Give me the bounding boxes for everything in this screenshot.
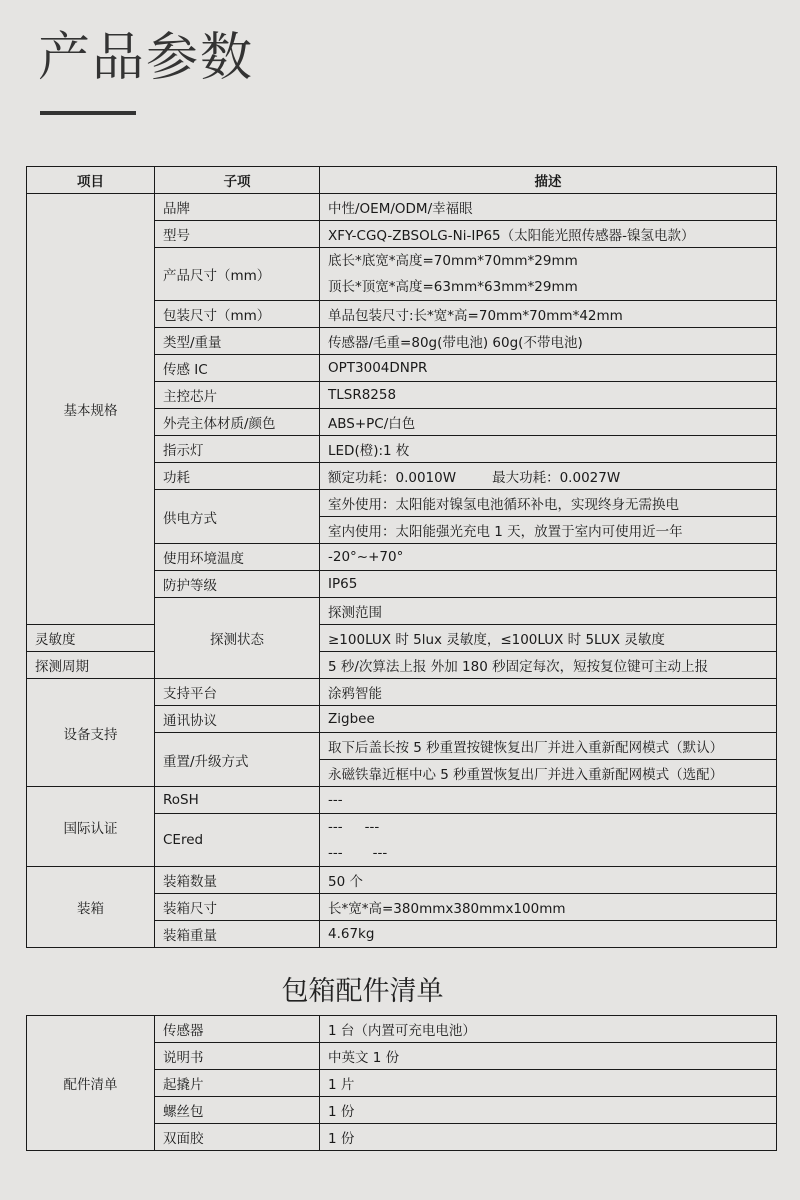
row-item: 品牌 xyxy=(155,194,320,221)
row-desc: 涂鸦智能 xyxy=(320,679,777,706)
group-label-device-support: 设备支持 xyxy=(27,679,155,787)
row-desc: XFY-CGQ-ZBSOLG-Ni-IP65（太阳能光照传感器-镍氢电款） xyxy=(320,221,777,248)
row-desc: 1 份 xyxy=(320,1097,777,1124)
row-desc: 1 片 xyxy=(320,1070,777,1097)
row-desc-line: 底长*底宽*高度=70mm*70mm*29mm xyxy=(328,248,776,274)
spec-table: 项目 子项 描述 基本规格 品牌 中性/OEM/ODM/幸福眼 型号 XFY-C… xyxy=(26,166,777,948)
row-desc: OPT3004DNPR xyxy=(320,355,777,382)
row-desc: 室内使用：太阳能强光充电 1 天，放置于室内可使用近一年 xyxy=(320,517,777,544)
row-item: 功耗 xyxy=(155,463,320,490)
group-label-detection: 探测状态 xyxy=(155,598,320,679)
row-item: 装箱尺寸 xyxy=(155,894,320,921)
row-item: 灵敏度 xyxy=(27,625,155,652)
row-item: 使用环境温度 xyxy=(155,544,320,571)
header-item: 项目 xyxy=(27,167,155,194)
table-row: 设备支持 支持平台 涂鸦智能 xyxy=(27,679,777,706)
row-desc-line: ------ xyxy=(328,840,776,866)
row-desc: 中性/OEM/ODM/幸福眼 xyxy=(320,194,777,221)
row-desc: 50 个 xyxy=(320,867,777,894)
row-item: 型号 xyxy=(155,221,320,248)
row-desc: 底长*底宽*高度=70mm*70mm*29mm 顶长*顶宽*高度=63mm*63… xyxy=(320,248,777,301)
group-label-basic-specs: 基本规格 xyxy=(27,194,155,625)
max-power: 最大功耗：0.0027W xyxy=(492,470,620,486)
row-desc: Zigbee xyxy=(320,706,777,733)
row-item: 螺丝包 xyxy=(155,1097,320,1124)
table-row: 配件清单 传感器 1 台（内置可充电电池） xyxy=(27,1016,777,1043)
row-desc: ABS+PC/白色 xyxy=(320,409,777,436)
accessories-title: 包箱配件清单 xyxy=(0,972,725,1012)
row-desc: 4.67kg xyxy=(320,921,777,948)
row-desc: ------ ------ xyxy=(320,814,777,867)
row-item: 包装尺寸（mm） xyxy=(155,301,320,328)
table-row: 灵敏度 ≥100LUX 时 5lux 灵敏度，≤100LUX 时 5LUX 灵敏… xyxy=(27,625,777,652)
row-desc: 单品包装尺寸:长*宽*高=70mm*70mm*42mm xyxy=(320,301,777,328)
row-desc: 中英文 1 份 xyxy=(320,1043,777,1070)
group-label-accessories: 配件清单 xyxy=(27,1016,155,1151)
row-item: 通讯协议 xyxy=(155,706,320,733)
row-item: 重置/升级方式 xyxy=(155,733,320,787)
row-item: 类型/重量 xyxy=(155,328,320,355)
row-desc-line: ------ xyxy=(328,814,776,840)
row-desc: 5 秒/次算法上报 外加 180 秒固定每次，短按复位键可主动上报 xyxy=(320,652,777,679)
row-item: 传感 IC xyxy=(155,355,320,382)
header-description: 描述 xyxy=(320,167,777,194)
table-row: 国际认证 RoSH --- xyxy=(27,787,777,814)
row-desc: ≥100LUX 时 5lux 灵敏度，≤100LUX 时 5LUX 灵敏度 xyxy=(320,625,777,652)
row-item: 指示灯 xyxy=(155,436,320,463)
row-desc: TLSR8258 xyxy=(320,382,777,409)
row-item: 防护等级 xyxy=(155,571,320,598)
row-desc: 额定功耗：0.0010W最大功耗：0.0027W xyxy=(320,463,777,490)
row-item: 外壳主体材质/颜色 xyxy=(155,409,320,436)
row-desc: 取下后盖长按 5 秒重置按键恢复出厂并进入重新配网模式（默认） xyxy=(320,733,777,760)
row-desc: 1 台（内置可充电电池） xyxy=(320,1016,777,1043)
row-desc: 永磁铁靠近框中心 5 秒重置恢复出厂并进入重新配网模式（选配） xyxy=(320,760,777,787)
row-item: 产品尺寸（mm） xyxy=(155,248,320,301)
table-header-row: 项目 子项 描述 xyxy=(27,167,777,194)
row-desc: 室外使用：太阳能对镍氢电池循环补电，实现终身无需换电 xyxy=(320,490,777,517)
row-item: 起撬片 xyxy=(155,1070,320,1097)
row-item: 探测范围 xyxy=(320,598,777,625)
row-desc: 1 份 xyxy=(320,1124,777,1151)
title-underline xyxy=(40,111,136,115)
row-item: 装箱重量 xyxy=(155,921,320,948)
row-desc-line: 顶长*顶宽*高度=63mm*63mm*29mm xyxy=(328,274,776,300)
rated-power: 额定功耗：0.0010W xyxy=(328,470,456,486)
row-item: 说明书 xyxy=(155,1043,320,1070)
row-desc: LED(橙):1 枚 xyxy=(320,436,777,463)
row-desc: --- xyxy=(320,787,777,814)
row-item: 主控芯片 xyxy=(155,382,320,409)
row-item: 装箱数量 xyxy=(155,867,320,894)
page-title: 产品参数 xyxy=(38,22,254,94)
row-desc: IP65 xyxy=(320,571,777,598)
row-item: 双面胶 xyxy=(155,1124,320,1151)
accessories-table: 配件清单 传感器 1 台（内置可充电电池） 说明书 中英文 1 份 起撬片 1 … xyxy=(26,1015,777,1151)
table-row: 探测周期 5 秒/次算法上报 外加 180 秒固定每次，短按复位键可主动上报 xyxy=(27,652,777,679)
row-item: 传感器 xyxy=(155,1016,320,1043)
header-subitem: 子项 xyxy=(155,167,320,194)
row-item: CEred xyxy=(155,814,320,867)
group-label-packing: 装箱 xyxy=(27,867,155,948)
table-row: 基本规格 品牌 中性/OEM/ODM/幸福眼 xyxy=(27,194,777,221)
row-item: 探测周期 xyxy=(27,652,155,679)
table-row: 装箱 装箱数量 50 个 xyxy=(27,867,777,894)
row-item: 支持平台 xyxy=(155,679,320,706)
row-desc: 长*宽*高=380mmx380mmx100mm xyxy=(320,894,777,921)
row-desc: 传感器/毛重=80g(带电池) 60g(不带电池) xyxy=(320,328,777,355)
row-item: RoSH xyxy=(155,787,320,814)
group-label-certification: 国际认证 xyxy=(27,787,155,867)
row-desc: -20°~+70° xyxy=(320,544,777,571)
row-item: 供电方式 xyxy=(155,490,320,544)
